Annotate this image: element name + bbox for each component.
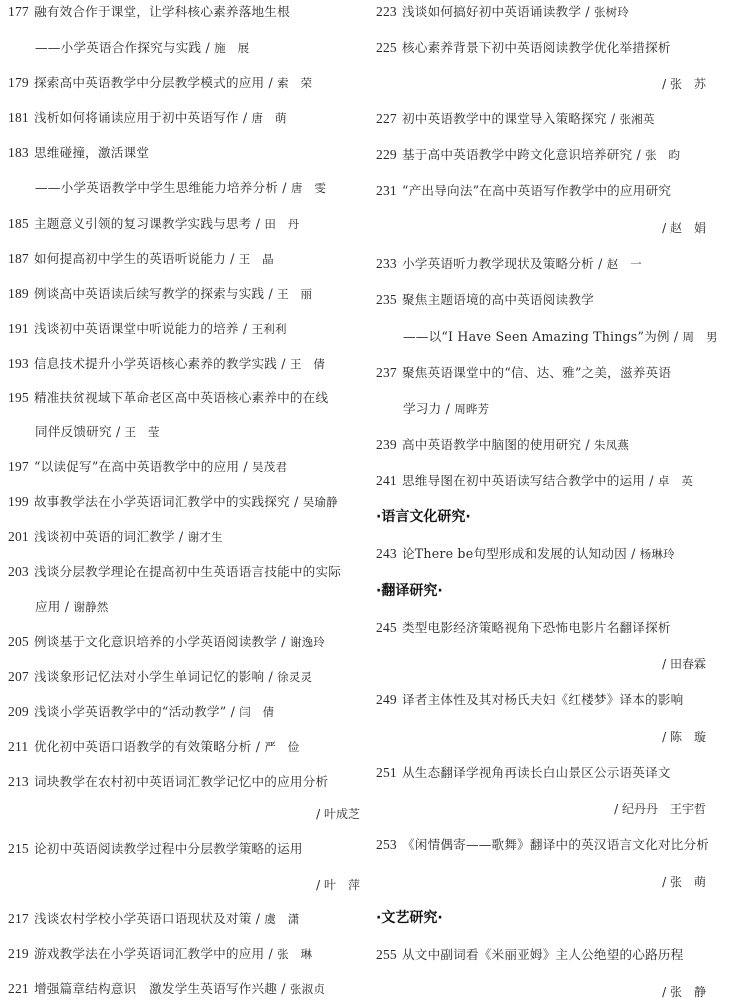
toc-entry-continuation[interactable]: ——小学英语教学中学生思维能力培养分析 / 唐 雯 <box>8 180 326 196</box>
toc-entry[interactable]: 201浅谈初中英语的词汇教学 / 谢才生 <box>8 529 223 545</box>
toc-title-text: 浅谈分层教学理论在提高初中生英语语言技能中的实际 <box>34 564 341 579</box>
toc-author: 田 丹 <box>264 217 299 231</box>
toc-author: 杨琳玲 <box>640 547 675 561</box>
toc-author: 朱凤燕 <box>594 438 629 452</box>
toc-title-text: 浅谈农村学校小学英语口语现状及对策 / <box>34 911 264 926</box>
toc-title-text: 应用 / <box>35 599 73 614</box>
toc-author: / 叶成芝 <box>316 806 360 822</box>
toc-title-text: 精准扶贫视域下革命老区高中英语核心素养中的在线 <box>34 390 328 405</box>
toc-entry[interactable]: 185主题意义引领的复习课教学实践与思考 / 田 丹 <box>8 216 299 232</box>
toc-author: 王 丽 <box>277 287 312 301</box>
toc-author: 张淑贞 <box>290 982 325 996</box>
page-number: 199 <box>8 494 34 510</box>
toc-entry[interactable]: 217浅谈农村学校小学英语口语现状及对策 / 虞 潇 <box>8 911 299 927</box>
toc-entry[interactable]: 253《闲情偶寄——歌舞》翻译中的英汉语言文化对比分析 <box>376 837 709 853</box>
toc-entry-continuation[interactable]: 同伴反馈研究 / 王 莹 <box>8 424 160 440</box>
toc-entry[interactable]: 209浅谈小学英语教学中的“活动教学” / 闫 倩 <box>8 704 274 720</box>
toc-author: 张 昀 <box>645 148 680 162</box>
toc-author: 唐 萌 <box>252 111 287 125</box>
toc-title-text: 基于高中英语教学中跨文化意识培养研究 / <box>402 147 645 162</box>
toc-entry[interactable]: 219游戏教学法在小学英语词汇教学中的应用 / 张 琳 <box>8 946 312 962</box>
toc-entry[interactable]: 251从生态翻译学视角再读长白山景区公示语英译文 <box>376 765 671 781</box>
toc-title-text: 论There be句型形成和发展的认知动因 / <box>402 546 640 561</box>
toc-title-text: 核心素养背景下初中英语阅读教学优化举措探析 <box>402 40 671 55</box>
toc-title-text: 小学英语听力教学现状及策略分析 / <box>402 256 607 271</box>
page-number: 191 <box>8 321 34 337</box>
page-number: 233 <box>376 256 402 272</box>
toc-author: 王 倩 <box>290 357 325 371</box>
toc-entry-continuation[interactable]: ——小学英语合作探究与实践 / 施 展 <box>8 40 249 56</box>
toc-title-text: 论初中英语阅读教学过程中分层教学策略的运用 <box>34 841 303 856</box>
toc-title-text: ——小学英语教学中学生思维能力培养分析 / <box>35 180 291 195</box>
toc-entry[interactable]: 191浅谈初中英语课堂中听说能力的培养 / 王利利 <box>8 321 287 337</box>
toc-author: 王 晶 <box>239 252 274 266</box>
toc-author: / 叶 萍 <box>316 877 360 893</box>
toc-title-text: 信息技术提升小学英语核心素养的教学实践 / <box>34 356 290 371</box>
page-number: 209 <box>8 704 34 720</box>
page-number: 215 <box>8 841 34 857</box>
toc-title-text: ——小学英语合作探究与实践 / <box>35 40 214 55</box>
toc-author: 吴茂君 <box>252 460 287 474</box>
toc-title-text: 学习力 / <box>403 401 454 416</box>
toc-title-text: 《闲情偶寄——歌舞》翻译中的英汉语言文化对比分析 <box>402 837 709 852</box>
toc-entry[interactable]: 177融有效合作于课堂，让学科核心素养落地生根 <box>8 4 290 20</box>
page-number: 251 <box>376 765 402 781</box>
page-number: 221 <box>8 981 34 997</box>
toc-title-text: “产出导向法”在高中英语写作教学中的应用研究 <box>402 183 671 198</box>
toc-author: / 陈 璇 <box>662 729 706 745</box>
toc-entry[interactable]: 199故事教学法在小学英语词汇教学中的实践探究 / 吴瑜静 <box>8 494 338 510</box>
toc-title-text: 思维碰撞，激活课堂 <box>34 145 149 160</box>
toc-author: 严 俭 <box>264 740 299 754</box>
toc-author: 谢才生 <box>188 530 223 544</box>
toc-title-text: 从生态翻译学视角再读长白山景区公示语英译文 <box>402 765 671 780</box>
toc-author: 虞 潇 <box>264 912 299 926</box>
toc-entry[interactable]: 179探索高中英语教学中分层教学模式的应用 / 索 荣 <box>8 75 312 91</box>
toc-author: / 张 苏 <box>662 76 706 92</box>
toc-title-text: 增强篇章结构意识 激发学生英语写作兴趣 / <box>34 981 290 996</box>
toc-title-text: ——以“I Have Seen Amazing Things”为例 / <box>403 329 683 344</box>
toc-title-text: 聚焦英语课堂中的“信、达、雅”之美，滋养英语 <box>402 365 671 380</box>
toc-title-text: 浅谈初中英语的词汇教学 / <box>34 529 188 544</box>
page-number: 231 <box>376 183 402 199</box>
toc-title-text: 浅谈象形记忆法对小学生单词记忆的影响 / <box>34 669 277 684</box>
page-number: 239 <box>376 437 402 453</box>
toc-entry[interactable]: 189例谈高中英语读后续写教学的探索与实践 / 王 丽 <box>8 286 312 302</box>
toc-entry[interactable]: 215论初中英语阅读教学过程中分层教学策略的运用 <box>8 841 303 857</box>
toc-title-text: “以读促写”在高中英语教学中的应用 / <box>34 459 252 474</box>
toc-title-text: 浅谈如何搞好初中英语诵读教学 / <box>402 4 594 19</box>
toc-title-text: 从文中副词看《米丽亚姆》主人公绝望的心路历程 <box>402 947 683 962</box>
toc-author: 张湘英 <box>620 112 655 126</box>
toc-entry[interactable]: 181浅析如何将诵读应用于初中英语写作 / 唐 萌 <box>8 110 287 126</box>
toc-title-text: 词块教学在农村初中英语词汇教学记忆中的应用分析 <box>34 774 328 789</box>
toc-title-text: 游戏教学法在小学英语词汇教学中的应用 / <box>34 946 277 961</box>
page-number: 219 <box>8 946 34 962</box>
toc-entry[interactable]: 237聚焦英语课堂中的“信、达、雅”之美，滋养英语 <box>376 365 671 381</box>
toc-entry[interactable]: 193信息技术提升小学英语核心素养的教学实践 / 王 倩 <box>8 356 325 372</box>
page-number: 223 <box>376 4 402 20</box>
page-number: 227 <box>376 111 402 127</box>
toc-title-text: 例谈高中英语读后续写教学的探索与实践 / <box>34 286 277 301</box>
toc-entry[interactable]: 235聚焦主题语境的高中英语阅读教学 <box>376 292 594 308</box>
page-number: 189 <box>8 286 34 302</box>
toc-entry[interactable]: 213词块教学在农村初中英语词汇教学记忆中的应用分析 <box>8 774 328 790</box>
toc-entry[interactable]: 225核心素养背景下初中英语阅读教学优化举措探析 <box>376 40 671 56</box>
toc-entry[interactable]: 195精准扶贫视域下革命老区高中英语核心素养中的在线 <box>8 390 328 406</box>
toc-author: / 赵 娟 <box>662 220 706 236</box>
page-number: 185 <box>8 216 34 232</box>
toc-author: 徐灵灵 <box>277 670 312 684</box>
toc-author: 周 男 <box>683 330 718 344</box>
toc-title-text: 例谈基于文化意识培养的小学英语阅读教学 / <box>34 634 290 649</box>
toc-author: 卓 英 <box>658 474 693 488</box>
toc-title-text: 优化初中英语口语教学的有效策略分析 / <box>34 739 264 754</box>
page-number: 245 <box>376 620 402 636</box>
toc-entry[interactable]: 187如何提高初中学生的英语听说能力 / 王 晶 <box>8 251 274 267</box>
page-number: 207 <box>8 669 34 685</box>
toc-entry[interactable]: 241思维导图在初中英语读写结合教学中的运用 / 卓 英 <box>376 473 693 489</box>
page-number: 201 <box>8 529 34 545</box>
toc-entry[interactable]: 239高中英语教学中脑图的使用研究 / 朱凤燕 <box>376 437 629 453</box>
toc-title-text: 探索高中英语教学中分层教学模式的应用 / <box>34 75 277 90</box>
toc-entry[interactable]: 243论There be句型形成和发展的认知动因 / 杨琳玲 <box>376 546 675 562</box>
toc-author: 吴瑜静 <box>303 495 338 509</box>
toc-author: 周晔芳 <box>454 402 489 416</box>
toc-title-text: 聚焦主题语境的高中英语阅读教学 <box>402 292 594 307</box>
page-number: 225 <box>376 40 402 56</box>
toc-entry[interactable]: 205例谈基于文化意识培养的小学英语阅读教学 / 谢逸玲 <box>8 634 325 650</box>
toc-author: / 张 萌 <box>662 874 706 890</box>
toc-title-text: 融有效合作于课堂，让学科核心素养落地生根 <box>34 4 290 19</box>
page-number: 179 <box>8 75 34 91</box>
toc-author: 施 展 <box>214 41 249 55</box>
toc-author: 王 莹 <box>125 425 160 439</box>
page-number: 177 <box>8 4 34 20</box>
toc-entry[interactable]: 231“产出导向法”在高中英语写作教学中的应用研究 <box>376 183 671 199</box>
toc-title-text: 思维导图在初中英语读写结合教学中的运用 / <box>402 473 658 488</box>
page-number: 203 <box>8 564 34 580</box>
toc-entry[interactable]: 255从文中副词看《米丽亚姆》主人公绝望的心路历程 <box>376 947 683 963</box>
page-number: 217 <box>8 911 34 927</box>
toc-author: 谢逸玲 <box>290 635 325 649</box>
toc-entry[interactable]: 211优化初中英语口语教学的有效策略分析 / 严 俭 <box>8 739 299 755</box>
toc-entry-continuation[interactable]: ——以“I Have Seen Amazing Things”为例 / 周 男 <box>376 329 718 345</box>
toc-entry[interactable]: 249译者主体性及其对杨氏夫妇《红楼梦》译本的影响 <box>376 692 683 708</box>
toc-title-text: 浅谈小学英语教学中的“活动教学” / <box>34 704 239 719</box>
toc-author: / 张 静 <box>662 984 706 1000</box>
toc-title-text: 译者主体性及其对杨氏夫妇《红楼梦》译本的影响 <box>402 692 683 707</box>
toc-entry[interactable]: 223浅谈如何搞好初中英语诵读教学 / 张树玲 <box>376 4 629 20</box>
page-number: 183 <box>8 145 34 161</box>
toc-entry[interactable]: 197“以读促写”在高中英语教学中的应用 / 吴茂君 <box>8 459 287 475</box>
section-heading: ·文艺研究· <box>376 909 443 927</box>
page-number: 205 <box>8 634 34 650</box>
page-number: 213 <box>8 774 34 790</box>
page-number: 255 <box>376 947 402 963</box>
toc-entry[interactable]: 221增强篇章结构意识 激发学生英语写作兴趣 / 张淑贞 <box>8 981 325 997</box>
page-number: 237 <box>376 365 402 381</box>
page-number: 253 <box>376 837 402 853</box>
toc-title-text: 故事教学法在小学英语词汇教学中的实践探究 / <box>34 494 303 509</box>
toc-title-text: 类型电影经济策略视角下恐怖电影片名翻译探析 <box>402 620 671 635</box>
toc-author: 张 琳 <box>277 947 312 961</box>
page-number: 187 <box>8 251 34 267</box>
toc-author: 谢静然 <box>73 600 108 614</box>
toc-entry[interactable]: 227初中英语教学中的课堂导入策略探究 / 张湘英 <box>376 111 655 127</box>
toc-entry-continuation[interactable]: 学习力 / 周晔芳 <box>376 401 489 417</box>
toc-entry[interactable]: 245类型电影经济策略视角下恐怖电影片名翻译探析 <box>376 620 671 636</box>
page-number: 197 <box>8 459 34 475</box>
toc-author: 王利利 <box>252 322 287 336</box>
page-number: 193 <box>8 356 34 372</box>
toc-author: 张树玲 <box>594 5 629 19</box>
page-number: 181 <box>8 110 34 126</box>
page-number: 211 <box>8 739 34 755</box>
toc-title-text: 浅析如何将诵读应用于初中英语写作 / <box>34 110 252 125</box>
toc-title-text: 初中英语教学中的课堂导入策略探究 / <box>402 111 620 126</box>
toc-author: 赵 一 <box>607 257 642 271</box>
toc-title-text: 如何提高初中学生的英语听说能力 / <box>34 251 239 266</box>
toc-entry[interactable]: 233小学英语听力教学现状及策略分析 / 赵 一 <box>376 256 642 272</box>
page-number: 195 <box>8 390 34 406</box>
section-heading: ·翻译研究· <box>376 582 443 600</box>
toc-title-text: 浅谈初中英语课堂中听说能力的培养 / <box>34 321 252 336</box>
toc-entry[interactable]: 207浅谈象形记忆法对小学生单词记忆的影响 / 徐灵灵 <box>8 669 312 685</box>
toc-title-text: 同伴反馈研究 / <box>35 424 125 439</box>
page-number: 229 <box>376 147 402 163</box>
toc-author: 索 荣 <box>277 76 312 90</box>
toc-entry[interactable]: 203浅谈分层教学理论在提高初中生英语语言技能中的实际 <box>8 564 341 580</box>
toc-author: / 田春霖 <box>662 656 706 672</box>
section-heading: ·语言文化研究· <box>376 508 471 526</box>
toc-title-text: 主题意义引领的复习课教学实践与思考 / <box>34 216 264 231</box>
page-number: 235 <box>376 292 402 308</box>
toc-entry[interactable]: 229基于高中英语教学中跨文化意识培养研究 / 张 昀 <box>376 147 680 163</box>
toc-entry-continuation[interactable]: 应用 / 谢静然 <box>8 599 109 615</box>
toc-author: 闫 倩 <box>239 705 274 719</box>
page-number: 241 <box>376 473 402 489</box>
page-number: 243 <box>376 546 402 562</box>
toc-entry[interactable]: 183思维碰撞，激活课堂 <box>8 145 149 161</box>
toc-author: 唐 雯 <box>291 181 326 195</box>
toc-title-text: 高中英语教学中脑图的使用研究 / <box>402 437 594 452</box>
toc-author: / 纪丹丹 王宇哲 <box>614 801 706 817</box>
page-number: 249 <box>376 692 402 708</box>
